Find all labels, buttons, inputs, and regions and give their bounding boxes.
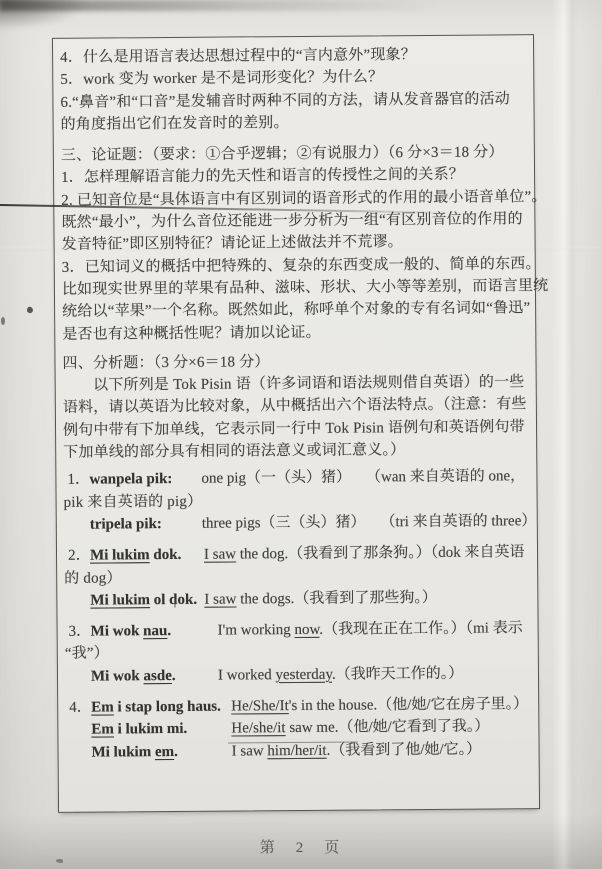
example-number <box>68 589 90 611</box>
ink-speck <box>174 602 176 608</box>
english-gloss: one pig（一（头）猪） （wan 来自英语的 one， <box>201 466 525 491</box>
english-gloss: He/she/it saw me.（他/她/它看到了我。） <box>231 716 489 740</box>
text-segment: tripela pik: <box>90 516 162 533</box>
text-segment: I worked <box>218 667 276 683</box>
text-line: 6.“鼻音”和“口音”是发辅音时两种不同的方法，请从发音器官的活动 <box>60 88 528 114</box>
text-line: 是否也有这种概括性呢？请加以论证。 <box>62 320 530 346</box>
ink-speck <box>1 317 5 325</box>
text-segment: Mi lukim <box>92 744 155 760</box>
underlined-segment: He/She/It <box>231 698 289 714</box>
text-line: 统给以“苹果”一个名称。既然如此，称呼单个对象的专有名词如“鲁迅” <box>62 297 530 323</box>
paper-fold-highlight <box>552 0 578 869</box>
text-segment: .（我昨天工作的。） <box>332 665 463 682</box>
text-segment: three pigs（三（头）猪） （tri 来自英语的 three） <box>202 513 537 532</box>
text-line: 下加单线的部分具有相同的语法意义或词汇意义。） <box>63 438 531 464</box>
underlined-segment: I saw <box>204 591 236 607</box>
example-row: Mi lukim ol dok.I saw the dogs.（我看到了那些狗。… <box>64 586 532 612</box>
text-segment: the dogs.（我看到了那些狗。） <box>236 590 437 608</box>
page-number: 第 2 页 <box>0 836 602 857</box>
text-line: 的角度指出它们在发音时的差别。 <box>61 110 529 136</box>
example-number: 4． <box>69 697 91 719</box>
example-number: 2． <box>68 545 90 567</box>
text-segment: . <box>167 623 171 639</box>
underlined-segment: Mi lukim <box>90 547 150 563</box>
text-segment: .（我现在正在工作。）（mi 表示 <box>319 620 522 638</box>
text-segment: dok. <box>150 547 182 563</box>
tok-pisin-phrase: Mi wok nau. <box>91 620 218 643</box>
tok-pisin-example: 3．Mi wok nau.I'm working now.（我现在正在工作。）（… <box>65 617 534 688</box>
tok-pisin-example: 1．wanpela pik:one pig（一（头）猪） （wan 来自英语的 … <box>63 465 532 536</box>
example-row: Mi wok asde.I worked yesterday.（我昨天工作的。） <box>65 662 533 688</box>
tok-pisin-phrase: Em i lukim mi. <box>91 718 231 741</box>
text-segment: . <box>174 744 178 760</box>
text-segment: the dog.（我看到了那条狗。）（dok 来自英语 <box>236 544 524 562</box>
text-segment: one pig（一（头）猪） （wan 来自英语的 one， <box>201 469 525 488</box>
example-row: 1．wanpela pik:one pig（一（头）猪） （wan 来自英语的 … <box>63 465 531 491</box>
text-segment: .（我看到了他/她/它。） <box>327 741 482 758</box>
example-row: tripela pik:three pigs（三（头）猪） （tri 来自英语的… <box>64 510 532 536</box>
tok-pisin-example: 2．Mi lukim dok.I saw the dog.（我看到了那条狗。）（… <box>64 541 533 612</box>
text-line: 既然“最小”，为什么音位还能进一步分析为一组“有区别音位的作用的 <box>61 208 529 234</box>
text-segment: 's in the house.（他/她/它在房子里。） <box>289 696 528 714</box>
text-segment: Mi wok <box>91 623 144 639</box>
english-gloss: three pigs（三（头）猪） （tri 来自英语的 three） <box>202 510 537 535</box>
scan-corner-shadow <box>0 0 90 30</box>
tok-pisin-phrase: Mi lukim ol dok. <box>90 589 204 612</box>
text-segment: wanpela pik: <box>89 471 172 488</box>
text-line: 语料，请以英语为比较对象，从中概括出六个语法特点。（注意：有些 <box>63 394 531 420</box>
english-gloss: He/She/It's in the house.（他/她/它在房子里。） <box>231 693 528 718</box>
underlined-segment: Mi lukim <box>90 592 150 608</box>
example-row: 3．Mi wok nau.I'm working now.（我现在正在工作。）（… <box>65 617 533 643</box>
tok-pisin-phrase: wanpela pik: <box>89 468 201 491</box>
underlined-segment: Em <box>91 699 114 715</box>
tok-pisin-phrase: Mi wok asde. <box>91 664 218 687</box>
english-gloss: I worked yesterday.（我昨天工作的。） <box>218 662 463 686</box>
underlined-segment: nau <box>143 623 167 639</box>
tok-pisin-phrase: Mi lukim em. <box>91 740 231 763</box>
example-number <box>69 719 91 741</box>
text-segment: I saw <box>232 743 268 759</box>
exam-content-frame: 4．什么是用语言表达思想过程中的“言内意外”现象？5．work 变为 worke… <box>52 34 540 813</box>
underlined-segment: yesterday <box>275 666 332 682</box>
text-segment: I'm working <box>218 622 295 639</box>
text-line: 例句中带有下加单线，它表示同一行中 Tok Pisin 语例句和英语例句带 <box>63 416 531 442</box>
section-four-analysis: 四、分析题：（3 分×6＝18 分） 以下所列是 Tok Pisin 语（许多词… <box>62 349 531 464</box>
tok-pisin-phrase: tripela pik: <box>90 513 202 536</box>
example-number: 1． <box>67 469 89 491</box>
example-row: 2．Mi lukim dok.I saw the dog.（我看到了那条狗。）（… <box>64 541 532 567</box>
english-gloss: I saw the dogs.（我看到了那些狗。） <box>204 587 437 611</box>
underlined-segment: He/she/it <box>231 720 285 736</box>
tok-pisin-phrase: Em i stap long haus. <box>91 696 231 719</box>
text-segment: i lukim mi. <box>114 721 187 738</box>
section-tok-pisin-examples: 1．wanpela pik:one pig（一（头）猪） （wan 来自英语的 … <box>63 465 533 763</box>
section-questions-4-6: 4．什么是用语言表达思想过程中的“言内意外”现象？5．work 变为 worke… <box>60 43 529 136</box>
english-gloss: I'm working now.（我现在正在工作。）（mi 表示 <box>218 617 523 642</box>
underlined-segment: em <box>155 744 174 760</box>
tok-pisin-phrase: Mi lukim dok. <box>90 544 204 567</box>
example-number <box>69 741 91 763</box>
scanned-page: 4．什么是用语言表达思想过程中的“言内意外”现象？5．work 变为 worke… <box>0 0 602 869</box>
underlined-segment: him/her/it <box>267 742 326 758</box>
ink-speck <box>26 306 34 314</box>
text-segment: saw me.（他/她/它看到了我。） <box>285 719 489 737</box>
underlined-segment: Em <box>91 722 114 738</box>
underlined-segment: asde <box>143 668 171 684</box>
text-segment: . <box>172 668 176 684</box>
example-number <box>69 665 91 687</box>
example-number <box>68 514 90 536</box>
text-segment: Mi wok <box>91 668 144 684</box>
ink-speck <box>56 859 63 863</box>
underlined-segment: now <box>294 622 319 638</box>
section-three-argumentation: 三、论证题：（要求：①合乎逻辑；②有说服力）（6 分×3＝18 分）1．怎样理解… <box>61 141 531 345</box>
text-segment: i stap long haus. <box>114 699 221 716</box>
english-gloss: I saw the dog.（我看到了那条狗。）（dok 来自英语 <box>204 541 525 566</box>
tok-pisin-example: 4．Em i stap long haus.He/She/It's in the… <box>65 693 534 764</box>
underlined-segment: I saw <box>204 547 236 563</box>
example-number: 3． <box>69 621 91 643</box>
